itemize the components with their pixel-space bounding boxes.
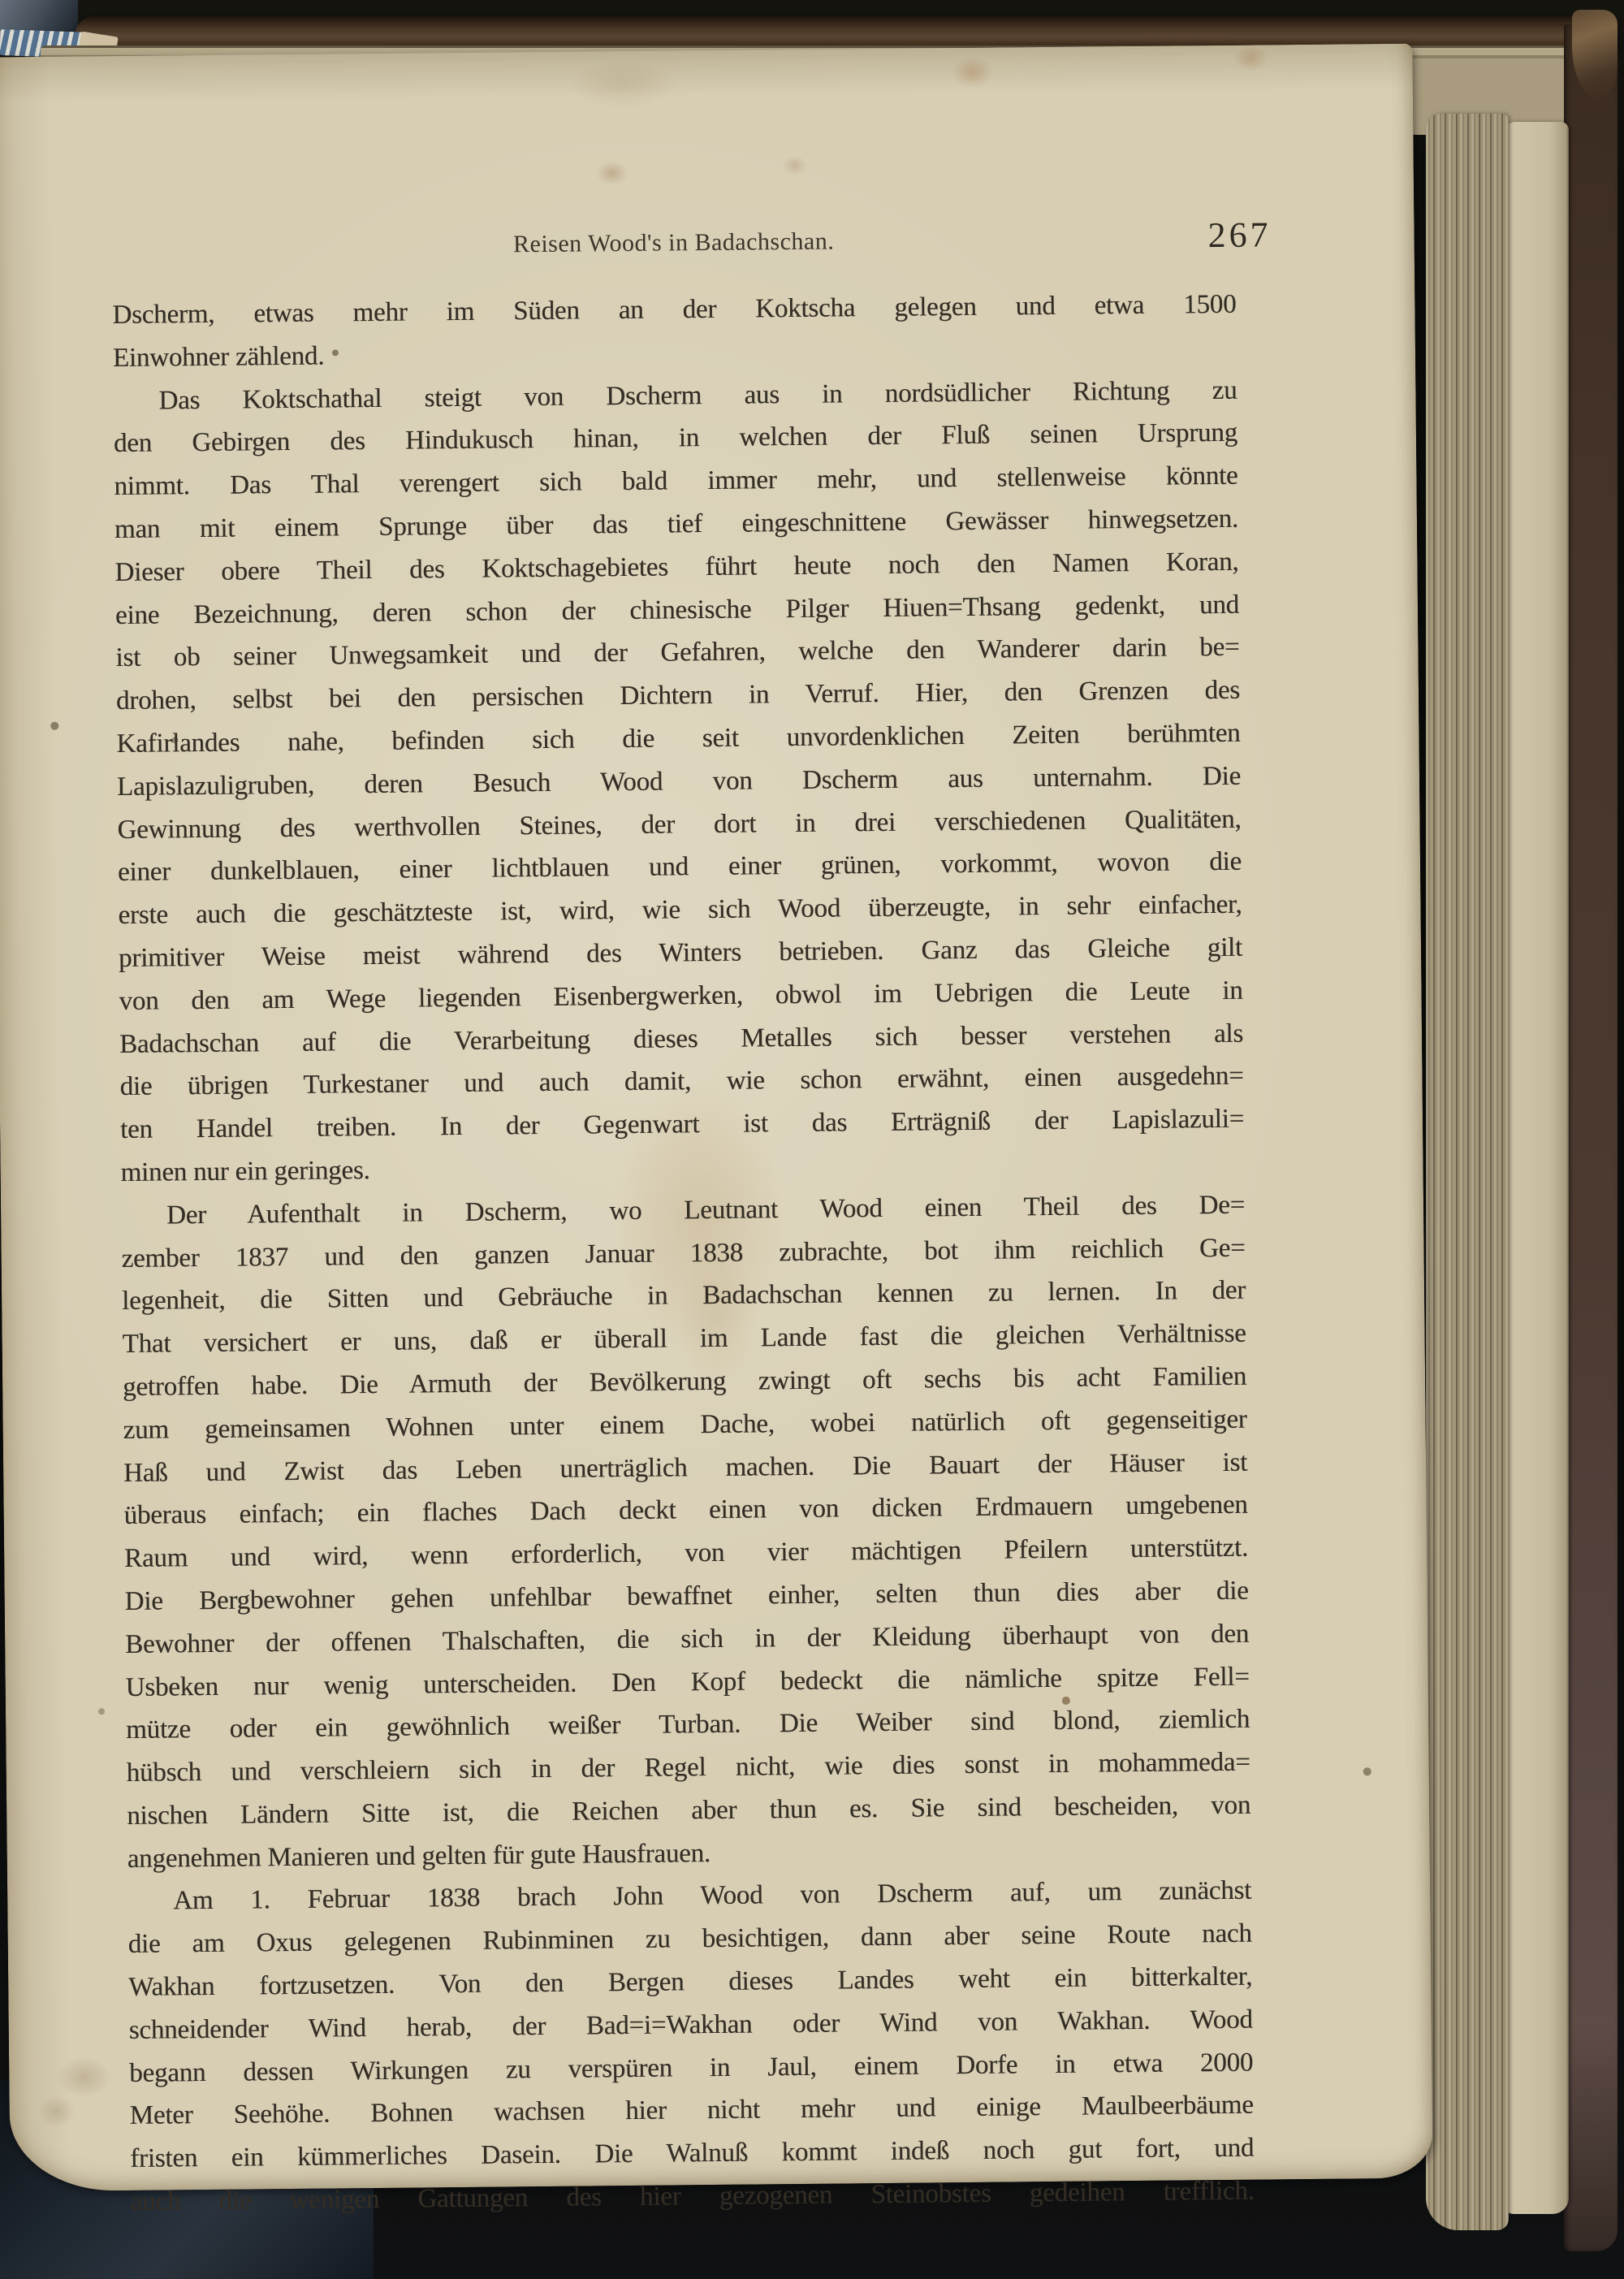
book-cover-right-edge: [1564, 24, 1618, 2251]
body-text: Dscherm, etwas mehr im Süden an der Kokt…: [112, 283, 1255, 2224]
page-number: 267: [1160, 214, 1271, 256]
underlying-page-fore-edge: [1504, 122, 1569, 2214]
scanned-book-photo: Reisen Wood's in Badachschan. 267 Dscher…: [0, 0, 1624, 2279]
book-page: Reisen Wood's in Badachschan. 267 Dscher…: [0, 44, 1433, 2192]
page-stack-fore-edges: [1426, 114, 1509, 2230]
running-head: Reisen Wood's in Badachschan.: [112, 224, 1236, 262]
